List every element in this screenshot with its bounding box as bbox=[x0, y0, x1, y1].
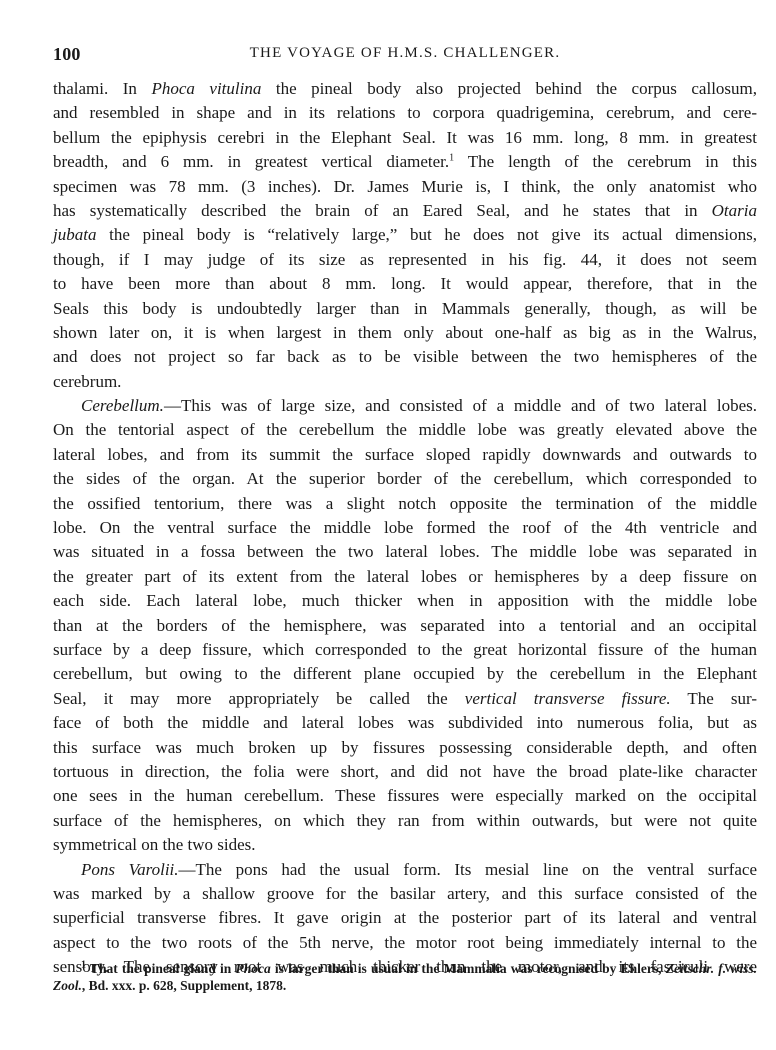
text-run: is larger than is usual in the Mammalia … bbox=[271, 961, 666, 976]
text-run: and resembled in shape and in its relati… bbox=[53, 103, 757, 122]
italic-text: Cerebellum. bbox=[81, 396, 164, 415]
text-run: to have been more than about 8 mm. long.… bbox=[53, 274, 757, 293]
text-line: cerebellum, but owing to the different p… bbox=[53, 662, 757, 686]
text-line: has systematically described the brain o… bbox=[53, 199, 757, 223]
text-line: this surface was much broken up by fissu… bbox=[53, 736, 757, 760]
text-line: superficial transverse fibres. It gave o… bbox=[53, 906, 757, 930]
text-line: bellum the epiphysis cerebri in the Elep… bbox=[53, 126, 757, 150]
text-run: the pineal body is “relatively large,” b… bbox=[96, 225, 757, 244]
text-run: breadth, and 6 mm. in greatest vertical … bbox=[53, 152, 449, 171]
footnotes: 1 That the pineal gland in Phoca is larg… bbox=[53, 960, 757, 994]
text-run: has systematically described the brain o… bbox=[53, 201, 712, 220]
text-run: symmetrical on the two sides. bbox=[53, 835, 256, 854]
text-run: though, if I may judge of its size as re… bbox=[53, 250, 757, 269]
footnote-line: 1 That the pineal gland in Phoca is larg… bbox=[53, 960, 757, 977]
text-run: That the pineal gland in bbox=[86, 961, 235, 976]
text-line: lateral lobes, and from its summit the s… bbox=[53, 443, 757, 467]
text-line: and resembled in shape and in its relati… bbox=[53, 101, 757, 125]
text-run: —The pons had the usual form. Its mesial… bbox=[179, 860, 757, 879]
text-run: was marked by a shallow groove for the b… bbox=[53, 884, 757, 903]
text-run: was situated in a fossa between the two … bbox=[53, 542, 757, 561]
italic-text: jubata bbox=[53, 225, 96, 244]
italic-text: Phoca vitulina bbox=[151, 79, 261, 98]
text-run: surface by a deep fissure, which corresp… bbox=[53, 640, 757, 659]
text-run: the sides of the organ. At the superior … bbox=[53, 469, 757, 488]
text-line: shown later on, it is when largest in th… bbox=[53, 321, 757, 345]
running-header: 100 THE VOYAGE OF H.M.S. CHALLENGER. bbox=[53, 44, 757, 66]
text-run: Seals this body is undoubtedly larger th… bbox=[53, 299, 757, 318]
text-run: the greater part of its extent from the … bbox=[53, 567, 757, 586]
text-run: tortuous in direction, the folia were sh… bbox=[53, 762, 757, 781]
text-run: each side. Each lateral lobe, much thick… bbox=[53, 591, 757, 610]
text-line: breadth, and 6 mm. in greatest vertical … bbox=[53, 150, 757, 174]
text-run: thalami. In bbox=[53, 79, 151, 98]
italic-text: Pons Varolii. bbox=[81, 860, 179, 879]
running-title: THE VOYAGE OF H.M.S. CHALLENGER. bbox=[53, 45, 757, 62]
text-run: aspect to the two roots of the 5th nerve… bbox=[53, 933, 757, 952]
italic-text: vertical transverse fissure. bbox=[465, 689, 671, 708]
text-line: Seal, it may more appropriately be calle… bbox=[53, 687, 757, 711]
text-line: the ossified tentorium, there was a slig… bbox=[53, 492, 757, 516]
italic-text: Zool. bbox=[53, 978, 82, 993]
text-line: the greater part of its extent from the … bbox=[53, 565, 757, 589]
text-line: each side. Each lateral lobe, much thick… bbox=[53, 589, 757, 613]
text-run: the pineal body also projected behind th… bbox=[261, 79, 757, 98]
text-run: The length of the cerebrum in this bbox=[454, 152, 757, 171]
text-run: this surface was much broken up by fissu… bbox=[53, 738, 757, 757]
text-line: was situated in a fossa between the two … bbox=[53, 540, 757, 564]
text-line: one sees in the human cerebellum. These … bbox=[53, 784, 757, 808]
text-line: cerebrum. bbox=[53, 370, 757, 394]
text-run: On the tentorial aspect of the cerebellu… bbox=[53, 420, 757, 439]
text-run: lateral lobes, and from its summit the s… bbox=[53, 445, 757, 464]
text-run: Seal, it may more appropriately be calle… bbox=[53, 689, 465, 708]
text-line: tortuous in direction, the folia were sh… bbox=[53, 760, 757, 784]
text-run: , Bd. xxx. p. 628, Supplement, 1878. bbox=[82, 978, 286, 993]
text-run: cerebrum. bbox=[53, 372, 121, 391]
text-line: was marked by a shallow groove for the b… bbox=[53, 882, 757, 906]
text-line: Cerebellum.—This was of large size, and … bbox=[53, 394, 757, 418]
italic-text: Phoca bbox=[235, 961, 270, 976]
text-line: thalami. In Phoca vitulina the pineal bo… bbox=[53, 77, 757, 101]
text-run: The sur- bbox=[671, 689, 757, 708]
text-run: face of both the middle and lateral lobe… bbox=[53, 713, 757, 732]
text-line: specimen was 78 mm. (3 inches). Dr. Jame… bbox=[53, 175, 757, 199]
text-run: and does not project so far back as to b… bbox=[53, 347, 757, 366]
text-line: On the tentorial aspect of the cerebellu… bbox=[53, 418, 757, 442]
text-line: Seals this body is undoubtedly larger th… bbox=[53, 297, 757, 321]
text-line: jubata the pineal body is “relatively la… bbox=[53, 223, 757, 247]
text-run: than at the borders of the hemisphere, w… bbox=[53, 616, 757, 635]
text-run: one sees in the human cerebellum. These … bbox=[53, 786, 757, 805]
text-run: bellum the epiphysis cerebri in the Elep… bbox=[53, 128, 757, 147]
body-text: thalami. In Phoca vitulina the pineal bo… bbox=[53, 77, 757, 979]
text-run: cerebellum, but owing to the different p… bbox=[53, 664, 757, 683]
italic-text: Otaria bbox=[712, 201, 757, 220]
text-run: lobe. On the ventral surface the middle … bbox=[53, 518, 757, 537]
text-line: to have been more than about 8 mm. long.… bbox=[53, 272, 757, 296]
text-line: than at the borders of the hemisphere, w… bbox=[53, 614, 757, 638]
text-line: and does not project so far back as to b… bbox=[53, 345, 757, 369]
footnote-line: Zool., Bd. xxx. p. 628, Supplement, 1878… bbox=[53, 977, 757, 994]
text-run: the ossified tentorium, there was a slig… bbox=[53, 494, 757, 513]
text-run: surface of the hemispheres, on which the… bbox=[53, 811, 757, 830]
text-run: specimen was 78 mm. (3 inches). Dr. Jame… bbox=[53, 177, 757, 196]
text-line: aspect to the two roots of the 5th nerve… bbox=[53, 931, 757, 955]
text-line: though, if I may judge of its size as re… bbox=[53, 248, 757, 272]
text-line: symmetrical on the two sides. bbox=[53, 833, 757, 857]
italic-text: Zeitschr. f. wiss. bbox=[666, 961, 757, 976]
text-line: face of both the middle and lateral lobe… bbox=[53, 711, 757, 735]
text-line: Pons Varolii.—The pons had the usual for… bbox=[53, 858, 757, 882]
text-run: superficial transverse fibres. It gave o… bbox=[53, 908, 757, 927]
text-line: surface by a deep fissure, which corresp… bbox=[53, 638, 757, 662]
text-line: lobe. On the ventral surface the middle … bbox=[53, 516, 757, 540]
text-run: —This was of large size, and consisted o… bbox=[164, 396, 757, 415]
text-run: shown later on, it is when largest in th… bbox=[53, 323, 757, 342]
text-line: surface of the hemispheres, on which the… bbox=[53, 809, 757, 833]
text-line: the sides of the organ. At the superior … bbox=[53, 467, 757, 491]
